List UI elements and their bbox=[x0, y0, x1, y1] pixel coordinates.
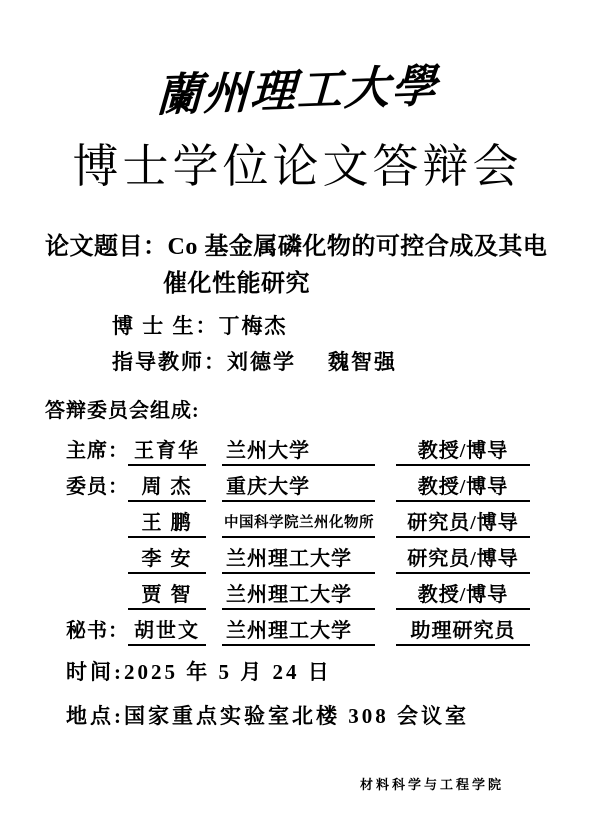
defense-announcement-page: 蘭州理工大學 博士学位论文答辩会 论文题目：Co 基金属磷化物的可控合成及其电 … bbox=[0, 0, 595, 814]
committee-member-org: 兰州大学 bbox=[222, 438, 375, 466]
committee-member-title: 教授/博导 bbox=[396, 582, 530, 610]
committee-row-member: 李 安 兰州理工大学 研究员/博导 bbox=[66, 538, 530, 574]
defense-time: 时间:2025 年 5 月 24 日 bbox=[66, 656, 332, 686]
committee-member-title: 教授/博导 bbox=[396, 438, 530, 466]
thesis-title-text: Co 基金属磷化物的可控合成及其电 bbox=[168, 234, 548, 260]
committee-member-org: 中国科学院兰州化物所 bbox=[222, 510, 375, 538]
committee-role-label: 委员： bbox=[66, 474, 128, 502]
committee-member-title: 助理研究员 bbox=[396, 618, 530, 646]
committee-row-member: 委员： 周 杰 重庆大学 教授/博导 bbox=[66, 466, 530, 502]
committee-role-label: 主席： bbox=[66, 438, 128, 466]
advisor-label: 指导教师： bbox=[112, 350, 227, 374]
university-calligraphy-logo: 蘭州理工大學 bbox=[0, 44, 595, 130]
committee-member-org: 兰州理工大学 bbox=[222, 582, 375, 610]
thesis-title-line2: 催化性能研究 bbox=[163, 266, 547, 303]
committee-row-member: 王 鹏 中国科学院兰州化物所 研究员/博导 bbox=[66, 502, 530, 538]
student-label: 博 士 生： bbox=[112, 314, 219, 338]
committee-table: 主席： 王育华 兰州大学 教授/博导 委员： 周 杰 重庆大学 教授/博导 王 … bbox=[66, 430, 530, 646]
committee-row-secretary: 秘书： 胡世文 兰州理工大学 助理研究员 bbox=[66, 610, 530, 646]
defense-location: 地点:国家重点实验室北楼 308 会议室 bbox=[66, 700, 469, 730]
page-title: 博士学位论文答辩会 bbox=[0, 130, 595, 196]
committee-role-label: 秘书： bbox=[66, 618, 128, 646]
committee-row-member: 贾 智 兰州理工大学 教授/博导 bbox=[66, 574, 530, 610]
committee-role-label bbox=[66, 536, 128, 538]
student-name: 丁梅杰 bbox=[219, 314, 288, 338]
committee-member-title: 研究员/博导 bbox=[396, 510, 530, 538]
committee-member-name: 王 鹏 bbox=[128, 510, 206, 538]
committee-member-name: 贾 智 bbox=[128, 582, 206, 610]
thesis-title-block: 论文题目：Co 基金属磷化物的可控合成及其电 催化性能研究 bbox=[45, 229, 547, 303]
committee-heading: 答辩委员会组成: bbox=[45, 394, 200, 423]
advisor-name-1: 刘德学 bbox=[227, 350, 296, 374]
committee-member-org: 兰州理工大学 bbox=[222, 618, 375, 646]
committee-member-name: 王育华 bbox=[128, 438, 206, 466]
advisor-line: 指导教师：刘德学魏智强 bbox=[112, 346, 397, 376]
thesis-title-line1: 论文题目：Co 基金属磷化物的可控合成及其电 bbox=[45, 229, 547, 266]
committee-role-label bbox=[66, 608, 128, 610]
committee-member-title: 研究员/博导 bbox=[396, 546, 530, 574]
department-name: 材料科学与工程学院 bbox=[360, 774, 504, 793]
committee-member-name: 周 杰 bbox=[128, 474, 206, 502]
committee-member-org: 重庆大学 bbox=[222, 474, 375, 502]
committee-role-label bbox=[66, 572, 128, 574]
committee-member-org: 兰州理工大学 bbox=[222, 546, 375, 574]
committee-member-name: 胡世文 bbox=[128, 618, 206, 646]
thesis-title-label: 论文题目： bbox=[45, 234, 168, 260]
committee-member-name: 李 安 bbox=[128, 546, 206, 574]
advisor-name-2: 魏智强 bbox=[328, 350, 397, 374]
student-line: 博 士 生：丁梅杰 bbox=[112, 310, 288, 340]
committee-member-title: 教授/博导 bbox=[396, 474, 530, 502]
committee-row-chairman: 主席： 王育华 兰州大学 教授/博导 bbox=[66, 430, 530, 466]
